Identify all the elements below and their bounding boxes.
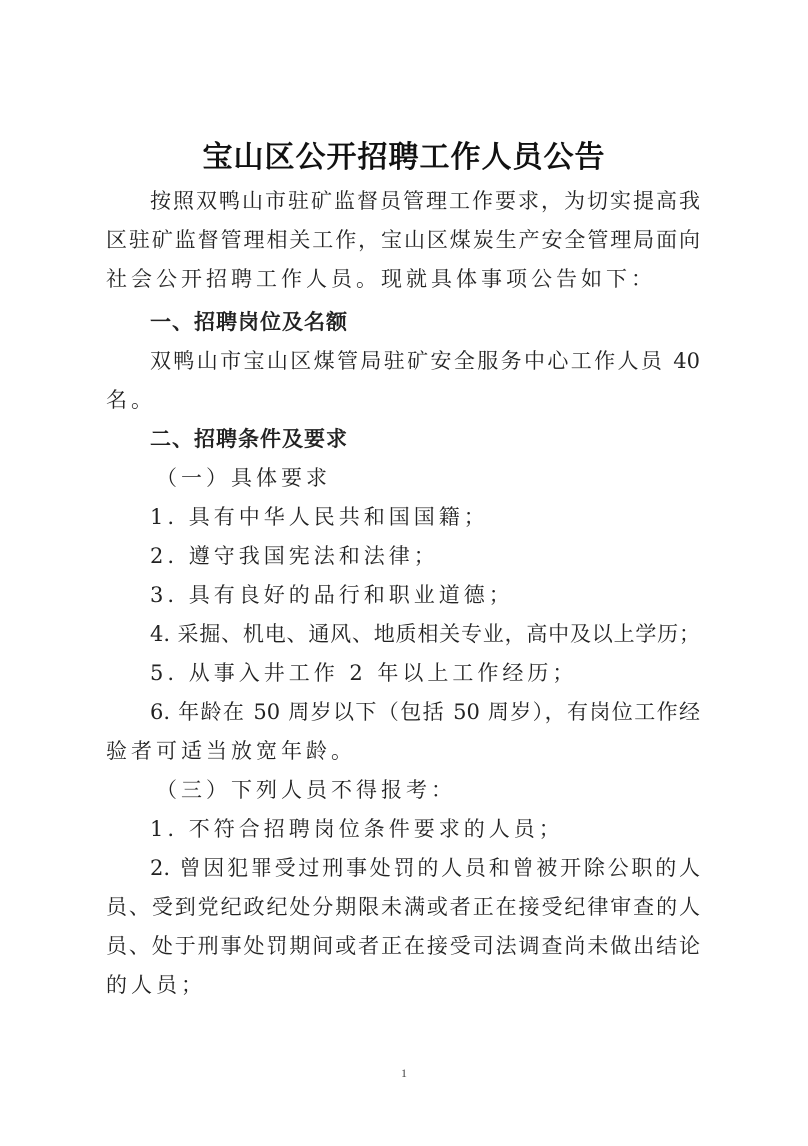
subsection-3-heading: （三）下列人员不得报考：: [156, 775, 750, 805]
requirement-item-6-line-1: 6. 年龄在 50 周岁以下（包括 50 周岁），有岗位工作经: [150, 697, 700, 727]
section-1-line-2: 名。: [106, 385, 700, 415]
section-1-line-1: 双鸭山市宝山区煤管局驻矿安全服务中心工作人员 40: [150, 346, 700, 376]
exclusion-item-2-line-1: 2. 曾因犯罪受过刑事处罚的人员和曾被开除公职的人: [150, 853, 700, 883]
exclusion-item-2-line-3: 员、处于刑事处罚期间或者正在接受司法调查尚未做出结论: [106, 931, 700, 961]
exclusion-item-1: 1. 不符合招聘岗位条件要求的人员；: [150, 814, 700, 844]
section-1-heading: 一、招聘岗位及名额: [150, 307, 700, 337]
requirement-item-5: 5. 从事入井工作 2 年以上工作经历；: [150, 658, 700, 688]
requirement-item-3: 3. 具有良好的品行和职业道德；: [150, 580, 700, 610]
requirement-item-2: 2. 遵守我国宪法和法律；: [150, 541, 700, 571]
exclusion-item-2-line-2: 员、受到党纪政纪处分期限未满或者正在接受纪律审查的人: [106, 892, 700, 922]
requirement-item-4: 4. 采掘、机电、通风、地质相关专业，高中及以上学历；: [150, 619, 700, 649]
intro-line-3: 社会公开招聘工作人员。现就具体事项公告如下：: [106, 264, 700, 294]
intro-line-2: 区驻矿监督管理相关工作，宝山区煤炭生产安全管理局面向: [106, 225, 700, 255]
page-number: 1: [0, 1066, 808, 1081]
page-title: 宝山区公开招聘工作人员公告: [0, 136, 808, 180]
requirement-item-6-line-2: 验者可适当放宽年龄。: [106, 736, 700, 766]
requirement-item-1: 1. 具有中华人民共和国国籍；: [150, 502, 700, 532]
document-page: 宝山区公开招聘工作人员公告 按照双鸭山市驻矿监督员管理工作要求，为切实提高我 区…: [0, 0, 808, 1146]
section-2-heading: 二、招聘条件及要求: [150, 424, 700, 454]
intro-line-1: 按照双鸭山市驻矿监督员管理工作要求，为切实提高我: [150, 186, 700, 216]
subsection-1-heading: （一）具体要求: [156, 463, 750, 493]
exclusion-item-2-line-4: 的人员；: [106, 970, 700, 1000]
